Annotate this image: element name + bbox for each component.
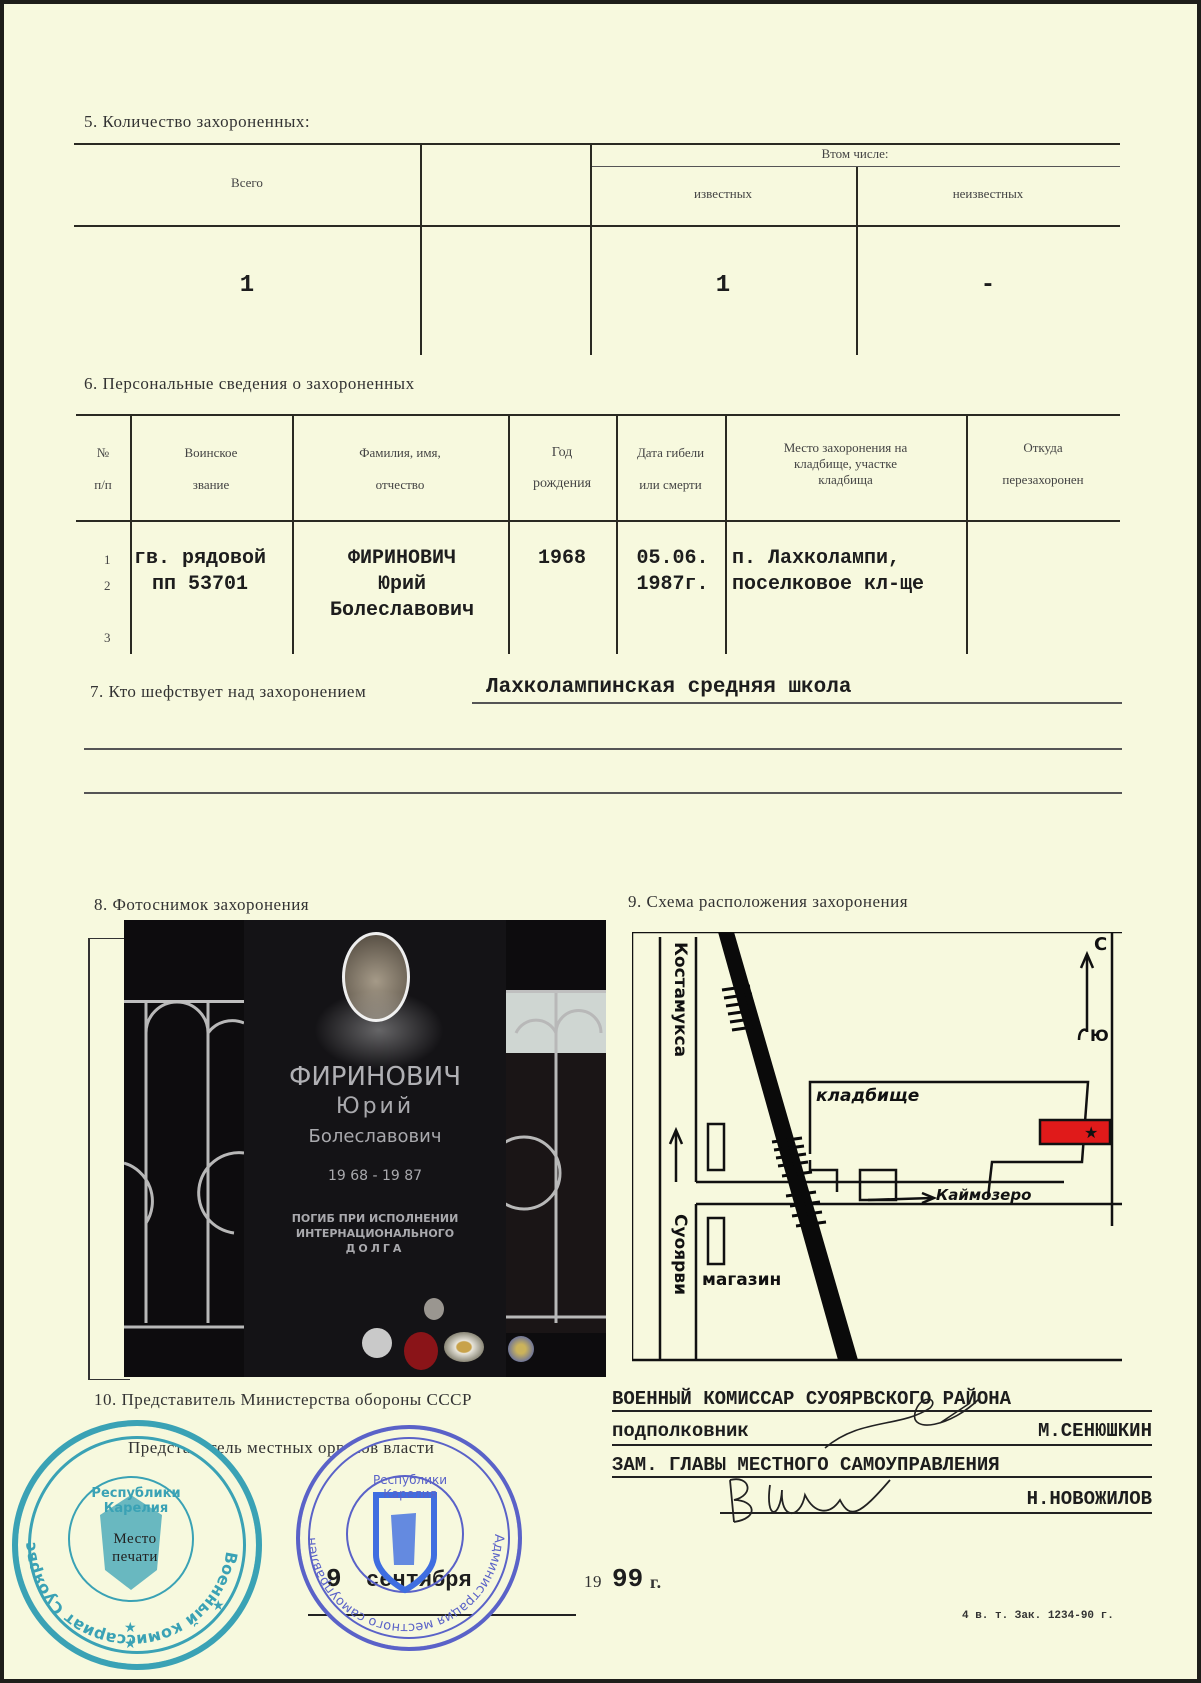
col-name-line2: отчество [292, 477, 508, 493]
patron-value: Лахколампинская средняя школа [486, 676, 851, 699]
col-number-line1: № [76, 445, 130, 461]
signature-senyushkin [820, 1388, 990, 1458]
death-line1: 05.06. [620, 546, 725, 572]
photo-dates: 19 68 - 19 87 [244, 1168, 506, 1184]
col-death-line2: или смерти [616, 477, 725, 493]
signature-novozhilov [720, 1460, 900, 1530]
date-year: 99 [612, 1564, 643, 1594]
col-death-date: Дата гибели или смерти [616, 445, 725, 493]
flower-red [404, 1332, 438, 1370]
map-drawing: ★ [632, 932, 1124, 1362]
section7-underline [472, 702, 1122, 704]
value-total: 1 [74, 272, 420, 299]
place-line2: поселковое кл-ще [732, 572, 992, 598]
map-label-shop: магазин [702, 1270, 781, 1290]
col-birth-year: Год рождения [508, 445, 616, 492]
col-from-line2: перезахоронен [966, 472, 1120, 488]
row-number: 3 [104, 630, 111, 646]
col-birth-line2: рождения [508, 476, 616, 492]
compass-south: Ю [1090, 1026, 1109, 1045]
section5-subheader-rule [590, 166, 1120, 167]
col-number-line2: п/п [76, 477, 130, 493]
place-line1: п. Лахколампи, [732, 546, 992, 572]
date-suffix: г. [650, 1572, 662, 1593]
header-unknown: неизвестных [856, 186, 1120, 202]
header-known: известных [590, 186, 856, 202]
record-burial-place: п. Лахколампи, поселковое кл-ще [732, 546, 992, 598]
fence-left-icon [124, 1003, 248, 1333]
col-place-line3: кладбища [725, 472, 966, 488]
compass-north: С [1094, 934, 1107, 955]
map-label-suoyarvi: Суоярви [670, 1214, 690, 1295]
fence-right-icon [506, 993, 606, 1333]
name-surname: ФИРИНОВИЧ [296, 546, 508, 572]
mod-representative-label: 10. Представитель Министерства обороны С… [94, 1390, 472, 1410]
document-page: 5. Количество захороненных: Всего Втом ч… [0, 0, 1201, 1683]
section6-header-rule [76, 520, 1120, 522]
flower-white-rose [362, 1328, 392, 1358]
signatory1-rank: подполковник [612, 1420, 749, 1442]
header-total: Всего [74, 175, 420, 191]
section9-title: 9. Схема расположения захоронения [628, 892, 908, 912]
col-number: № п/п [76, 445, 130, 493]
section5-divider [590, 145, 592, 355]
photo-epitaph-3: ДОЛГА [244, 1242, 506, 1255]
rank-line1: гв. рядовой [134, 546, 304, 572]
map-label-kaimozero: Каймозеро [936, 1186, 1031, 1204]
col-name-line1: Фамилия, имя, [292, 445, 508, 461]
flower-bud [424, 1298, 444, 1320]
svg-text:★: ★ [124, 1621, 137, 1636]
section7-label: 7. Кто шефствует над захоронением [90, 682, 366, 702]
section5-top-rule [74, 143, 1120, 145]
signatory2-name: Н.НОВОЖИЛОВ [1027, 1488, 1152, 1510]
record-death-date: 05.06. 1987г. [620, 546, 725, 598]
map-label-cemetery: кладбище [816, 1086, 919, 1106]
section5-header-rule [74, 225, 1120, 227]
section8-title: 8. Фотоснимок захоронения [94, 895, 309, 915]
col-from-line1: Откуда [966, 440, 1120, 456]
rank-line2: пп 53701 [134, 572, 304, 598]
local-administration-stamp: Администрация местного самоуправления Су… [296, 1425, 522, 1651]
flower-daisy [444, 1332, 484, 1362]
death-line2: 1987г. [620, 572, 725, 598]
col-place-line2: кладбище, участке [725, 456, 966, 472]
section5-divider [420, 145, 422, 355]
row-number: 1 [104, 552, 111, 568]
section6-title: 6. Персональные сведения о захороненных [84, 374, 415, 394]
value-unknown: - [856, 272, 1120, 299]
photo-epitaph-2: ИНТЕРНАЦИОНАЛЬНОГО [244, 1227, 506, 1240]
photo-surname: ФИРИНОВИЧ [244, 1062, 506, 1092]
name-first: Юрий [296, 572, 508, 598]
flash-glare [314, 990, 444, 1070]
grave-photo: ФИРИНОВИЧ Юрий Болеславович 19 68 - 19 8… [124, 920, 606, 1377]
location-map: ★ Костамукса Суоярви кладбище магазин Ка… [632, 932, 1124, 1362]
record-birth-year: 1968 [508, 546, 616, 572]
section6-top-rule [76, 414, 1120, 416]
col-burial-place: Место захоронения на кладбище, участке к… [725, 440, 966, 488]
header-including: Втом числе: [590, 146, 1120, 162]
col-name: Фамилия, имя, отчество [292, 445, 508, 493]
section5-title: 5. Количество захороненных: [84, 112, 310, 132]
flower-daisy-small [508, 1336, 534, 1362]
col-rank-line1: Воинское [130, 445, 292, 461]
stamp-teal-inner: Республики Карелия [86, 1486, 186, 1516]
blank-line [84, 792, 1122, 794]
col-rank-line2: звание [130, 477, 292, 493]
photo-first-name: Юрий [244, 1094, 506, 1119]
record-name: ФИРИНОВИЧ Юрий Болеславович [296, 546, 508, 624]
signatory1-name: М.СЕНЮШКИН [1038, 1420, 1152, 1442]
print-mark: 4 в. т. Зак. 1234-90 г. [962, 1610, 1114, 1622]
svg-text:★: ★ [1084, 1123, 1098, 1142]
row-number: 2 [104, 578, 111, 594]
svg-text:★: ★ [212, 1599, 225, 1614]
map-label-kostomuksha: Костамукса [670, 942, 690, 1057]
date-century: 19 [584, 1572, 602, 1592]
name-patronymic: Болеславович [296, 598, 508, 624]
col-reburied-from: Откуда перезахоронен [966, 440, 1120, 488]
col-rank: Воинское звание [130, 445, 292, 493]
blank-line [84, 748, 1122, 750]
value-known: 1 [590, 272, 856, 299]
col-birth-line1: Год [508, 445, 616, 461]
stamp-blue-icon: Администрация местного самоуправления Су… [296, 1425, 514, 1643]
col-place-line1: Место захоронения на [725, 440, 966, 456]
col-death-line1: Дата гибели [616, 445, 725, 461]
fence-left [124, 1000, 248, 1333]
photo-epitaph-1: ПОГИБ ПРИ ИСПОЛНЕНИИ [244, 1212, 506, 1225]
fence-right [506, 990, 606, 1333]
photo-patronymic: Болеславович [244, 1126, 506, 1147]
record-rank: гв. рядовой пп 53701 [134, 546, 304, 598]
stamp-blue-inner: Республики Карелия [350, 1473, 470, 1501]
svg-text:★: ★ [124, 1637, 137, 1652]
grave-marker [1040, 1120, 1110, 1144]
seal-place-label: Место печати [100, 1530, 170, 1566]
